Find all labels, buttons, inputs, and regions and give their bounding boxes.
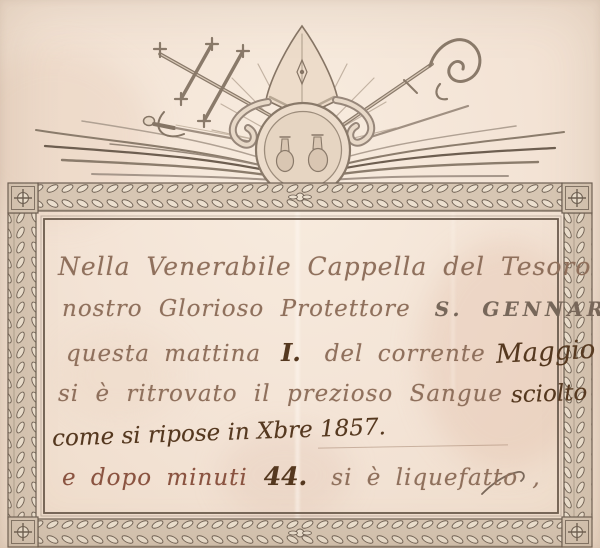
document-line-6: e dopo minuti44.si è liquefatto , — [62, 462, 541, 491]
printed-segment: del corrente — [325, 341, 486, 367]
printed-segment: Nella Venerabile Cappella del Tesoro del — [58, 252, 600, 281]
printed-segment: nostro Glorioso Protettore — [62, 296, 411, 322]
handwritten-previous-date: come si ripose in Xbre 1857. — [52, 414, 387, 452]
printed-segment: si è liquefatto , — [331, 465, 540, 491]
certificate-document: Nella Venerabile Cappella del Tesoro del… — [0, 0, 600, 548]
document-line-3: questa mattinaI.del correnteMaggio 1858. — [66, 338, 600, 368]
printed-segment: e dopo minuti — [62, 465, 248, 491]
document-line-4: si è ritrovato il prezioso Sanguesciolto… — [58, 381, 600, 407]
manuscript-text: Nella Venerabile Cappella del Tesoro del… — [0, 0, 600, 548]
handwritten-minutes: 44. — [264, 462, 308, 491]
document-line-2: nostro Glorioso ProtettoreS. GENNARO, — [62, 296, 600, 322]
printed-segment: si è ritrovato il prezioso Sangue — [58, 381, 503, 407]
document-line-1: Nella Venerabile Cappella del Tesoro del — [58, 252, 600, 281]
handwritten-month-year: Maggio 1858. — [495, 330, 600, 370]
printed-segment: questa mattina — [66, 341, 261, 367]
saint-name: S. GENNARO, — [435, 297, 600, 321]
handwritten-day: I. — [281, 338, 301, 367]
document-line-5: come si ripose in Xbre 1857. — [52, 420, 386, 446]
handwritten-state: sciolto in parte — [511, 376, 600, 409]
